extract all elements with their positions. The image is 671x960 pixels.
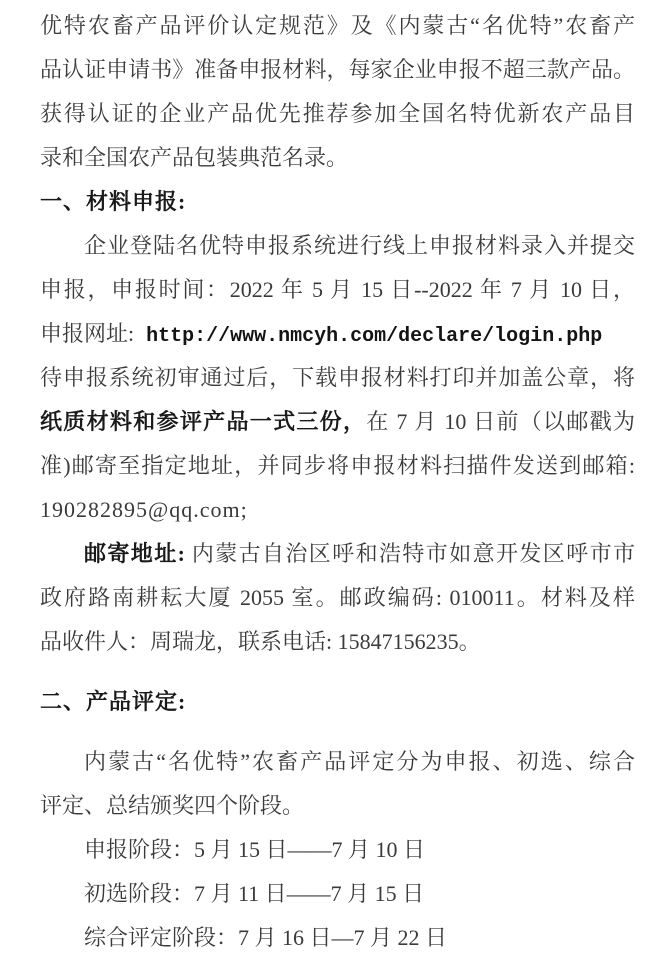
s1-line-1: 企业登陆名优特申报系统进行线上申报材料录入并提交: [40, 224, 635, 268]
intro-line-3: 获得认证的企业产品优先推荐参加全国名特优新农产品目: [40, 92, 635, 136]
section-heading-product-evaluation: 二、产品评定:: [40, 680, 635, 724]
declare-url-label: 申报网址:: [40, 321, 134, 346]
intro-line-4: 录和全国农产品包装典范名录。: [40, 136, 635, 180]
s1-line-4: 待申报系统初审通过后，下载申报材料打印并加盖公章，将: [40, 356, 635, 400]
declare-url: http://www.nmcyh.com/declare/login.php: [146, 325, 602, 348]
s1-line-5-rest: 在 7 月 10 日前（以邮戳为: [366, 409, 635, 434]
stage-preliminary: 初选阶段：7 月 11 日——7 月 15 日: [40, 872, 635, 916]
contact-email: 190282895@qq.com;: [40, 488, 635, 532]
document-page: 优特农畜产品评价认定规范》及《内蒙古“名优特”农畜产 品认证申请书》准备申报材料…: [0, 0, 671, 960]
s1-line-mailing-address: 邮寄地址: 内蒙古自治区呼和浩特市如意开发区呼市市: [40, 532, 635, 576]
s2-line-1: 内蒙古“名优特”农畜产品评定分为申报、初选、综合: [40, 740, 635, 784]
stage-comprehensive: 综合评定阶段：7 月 16 日—7 月 22 日: [40, 916, 635, 960]
s1-line-5: 纸质材料和参评产品一式三份，在 7 月 10 日前（以邮戳为: [40, 400, 635, 444]
mailing-address-label: 邮寄地址:: [84, 541, 185, 566]
intro-line-1: 优特农畜产品评价认定规范》及《内蒙古“名优特”农畜产: [40, 4, 635, 48]
s1-line-url: 申报网址:http://www.nmcyh.com/declare/login.…: [40, 312, 635, 356]
paper-material-bold-text: 纸质材料和参评产品一式三份，: [40, 409, 366, 434]
intro-line-2: 品认证申请书》准备申报材料，每家企业申报不超三款产品。: [40, 48, 635, 92]
s1-line-8: 政府路南耕耘大厦 2055 室。邮政编码: 010011。材料及样: [40, 576, 635, 620]
s2-line-2: 评定、总结颁奖四个阶段。: [40, 784, 635, 828]
stage-declaration: 申报阶段：5 月 15 日——7 月 10 日: [40, 828, 635, 872]
section-heading-material-declaration: 一、材料申报:: [40, 180, 635, 224]
s1-line-9: 品收件人：周瑞龙，联系电话: 15847156235。: [40, 620, 635, 664]
mailing-address-value: 内蒙古自治区呼和浩特市如意开发区呼市市: [185, 541, 635, 566]
s1-line-6: 准)邮寄至指定地址，并同步将申报材料扫描件发送到邮箱:: [40, 444, 635, 488]
s1-line-2: 申报，申报时间：2022 年 5 月 15 日--2022 年 7 月 10 日…: [40, 268, 635, 312]
